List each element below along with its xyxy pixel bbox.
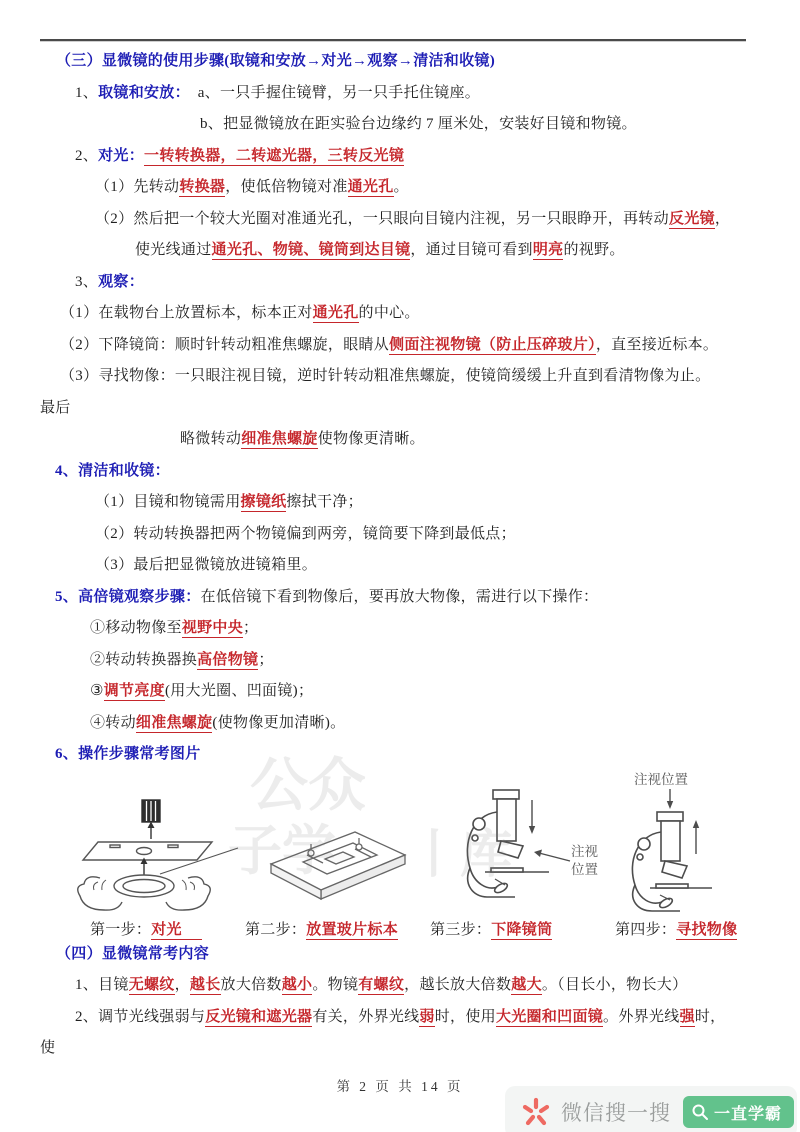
text-segment: 。（目长小，物长大） bbox=[542, 977, 688, 993]
text-segment: 使 bbox=[40, 1040, 55, 1056]
text-segment: 大光圈和凹面镜 bbox=[496, 1009, 603, 1027]
text-segment: 高倍物镜 bbox=[197, 652, 258, 670]
text-segment: 无螺纹 bbox=[129, 977, 175, 995]
text-segment: 。物镜 bbox=[312, 977, 358, 993]
document-page: （三）显微镜的使用步骤(取镜和安放→对光→观察→清洁和收镜)1、取镜和安放： a… bbox=[0, 0, 800, 1132]
text-segment: 使物像更清晰。 bbox=[318, 431, 425, 447]
text-segment: （1）在载物台上放置标本，标本正对 bbox=[60, 305, 313, 321]
text-segment: ④转动 bbox=[90, 715, 136, 731]
caption-answer: 对光 bbox=[151, 922, 202, 940]
text-segment: （三）显微镜的使用步骤(取镜和安放→对光→观察→清洁和收镜) bbox=[56, 53, 495, 69]
doc-line: ③调节亮度(用大光圈、凹面镜)； bbox=[40, 681, 760, 701]
header-rule bbox=[40, 39, 746, 42]
doc-line: （2）下降镜筒：顺时针转动粗准焦螺旋，眼睛从侧面注视物镜（防止压碎玻片），直至接… bbox=[40, 335, 760, 355]
text-segment: ， bbox=[715, 211, 730, 227]
figure-mirror-light bbox=[70, 798, 245, 916]
text-segment: 时， bbox=[695, 1009, 726, 1025]
text-segment: b、把显微镜放在距实验台边缘约 7 厘米处，安装好目镜和物镜。 bbox=[200, 116, 637, 132]
figure-lower-tube: 注视 位置 bbox=[435, 784, 600, 914]
text-segment: 调节亮度 bbox=[104, 683, 165, 701]
text-segment: （2）下降镜筒：顺时针转动粗准焦螺旋，眼睛从 bbox=[60, 337, 389, 353]
text-segment: 。外界光线 bbox=[603, 1009, 680, 1025]
text-segment: 弱 bbox=[419, 1009, 434, 1027]
text-segment: 最后 bbox=[40, 400, 71, 416]
text-segment: 4、清洁和收镜： bbox=[55, 463, 170, 479]
document-content: （三）显微镜的使用步骤(取镜和安放→对光→观察→清洁和收镜)1、取镜和安放： a… bbox=[40, 51, 760, 1070]
text-segment: 细准焦螺旋 bbox=[136, 715, 213, 733]
figure-caption: 第三步：下降镜筒 bbox=[430, 918, 552, 939]
text-segment: ； bbox=[258, 652, 273, 668]
text-segment: （2）然后把一个较大光圈对准通光孔，一只眼向目镜内注视，另一只眼睁开，再转动 bbox=[95, 211, 669, 227]
doc-line: 4、清洁和收镜： bbox=[40, 461, 760, 481]
text-segment: 时，使用 bbox=[435, 1009, 496, 1025]
gaze-position-label-line2: 位置 bbox=[571, 862, 598, 877]
search-badge-button[interactable]: 一直学霸 bbox=[683, 1096, 794, 1128]
caption-prefix: 第一步： bbox=[90, 922, 151, 938]
doc-line: 6、操作步骤常考图片 bbox=[40, 744, 760, 764]
doc-line: （3）寻找物像：一只眼注视目镜，逆时针转动粗准焦螺旋，使镜筒缓缓上升直到看清物像… bbox=[40, 366, 760, 386]
text-segment: 3、 bbox=[75, 274, 98, 290]
doc-line: 使光线通过通光孔、物镜、镜筒到达目镜，通过目镜可看到明亮的视野。 bbox=[40, 240, 760, 260]
text-segment: ，直至接近标本。 bbox=[596, 337, 718, 353]
text-segment: 通光孔、物镜、镜筒到达目镜 bbox=[212, 242, 411, 260]
text-segment: 擦拭干净； bbox=[286, 494, 363, 510]
document-lines: （三）显微镜的使用步骤(取镜和安放→对光→观察→清洁和收镜)1、取镜和安放： a… bbox=[40, 51, 760, 764]
text-segment: 越大 bbox=[511, 977, 542, 995]
text-segment: ， bbox=[175, 977, 190, 993]
sparkle-icon bbox=[521, 1097, 551, 1127]
text-segment: ，通过目镜可看到 bbox=[410, 242, 532, 258]
doc-line: 使 bbox=[40, 1038, 760, 1058]
text-segment: 视野中央 bbox=[182, 620, 243, 638]
text-segment: 略微转动 bbox=[180, 431, 241, 447]
doc-line: 略微转动细准焦螺旋使物像更清晰。 bbox=[40, 429, 760, 449]
doc-line: 5、高倍镜观察步骤：在低倍镜下看到物像后，要再放大物像，需进行以下操作： bbox=[40, 587, 760, 607]
figure-caption: 第二步：放置玻片标本 bbox=[245, 918, 398, 939]
text-segment: 反光镜和遮光器 bbox=[205, 1009, 312, 1027]
text-segment: （四）显微镜常考内容 bbox=[56, 946, 209, 962]
wechat-search-text: 微信搜一搜 bbox=[561, 1097, 671, 1127]
text-segment: 2、调节光线强弱与 bbox=[75, 1009, 205, 1025]
text-segment: 6、操作步骤常考图片 bbox=[55, 746, 201, 762]
doc-line: （2）然后把一个较大光圈对准通光孔，一只眼向目镜内注视，另一只眼睁开，再转动反光… bbox=[40, 209, 760, 229]
text-segment: 1、目镜 bbox=[75, 977, 129, 993]
text-segment: 明亮 bbox=[533, 242, 564, 260]
doc-line: 最后 bbox=[40, 398, 760, 418]
microscope-up-icon: 注视位置 bbox=[600, 770, 750, 916]
doc-line: 1、目镜无螺纹，越长放大倍数越小。物镜有螺纹，越长放大倍数越大。（目长小，物长大… bbox=[40, 975, 760, 995]
text-segment: 的视野。 bbox=[563, 242, 624, 258]
doc-line: ④转动细准焦螺旋(使物像更加清晰)。 bbox=[40, 713, 760, 733]
doc-line: （2）转动转换器把两个物镜偏到两旁，镜筒要下降到最低点； bbox=[40, 524, 760, 544]
gaze-position-label-line1: 注视 bbox=[571, 844, 599, 859]
figure-row: 注视 位置 注视位置 bbox=[40, 776, 760, 914]
doc-line: （3）最后把显微镜放进镜箱里。 bbox=[40, 555, 760, 575]
text-segment: （1）目镜和物镜需用 bbox=[95, 494, 241, 510]
doc-line: 1、取镜和安放： a、一只手握住镜臂，另一只手托住镜座。 bbox=[40, 83, 760, 103]
doc-line: 3、观察： bbox=[40, 272, 760, 292]
gaze-position-label-top: 注视位置 bbox=[634, 772, 688, 787]
text-segment: 有螺纹 bbox=[358, 977, 404, 995]
doc-line: ②转动转换器换高倍物镜； bbox=[40, 650, 760, 670]
mirror-light-icon bbox=[70, 798, 245, 916]
doc-line: b、把显微镜放在距实验台边缘约 7 厘米处，安装好目镜和物镜。 bbox=[40, 114, 760, 134]
doc-line: ①移动物像至视野中央； bbox=[40, 618, 760, 638]
text-segment: 。 bbox=[394, 179, 409, 195]
figure-captions: 第一步：对光第二步：放置玻片标本第三步：下降镜筒第四步：寻找物像 bbox=[40, 918, 760, 944]
caption-answer: 放置玻片标本 bbox=[306, 922, 398, 940]
text-segment: 对光： bbox=[98, 148, 144, 164]
text-segment: 取镜和安放： bbox=[98, 85, 182, 101]
doc-line: 2、调节光线强弱与反光镜和遮光器有关，外界光线弱时，使用大光圈和凹面镜。外界光线… bbox=[40, 1007, 760, 1027]
figure-caption: 第一步：对光 bbox=[90, 918, 202, 939]
text-segment: 通光孔 bbox=[348, 179, 394, 197]
doc-line: （1）在载物台上放置标本，标本正对通光孔的中心。 bbox=[40, 303, 760, 323]
text-segment: ①移动物像至 bbox=[90, 620, 182, 636]
slide-stage-icon bbox=[255, 822, 415, 910]
text-segment: (使物像更加清晰)。 bbox=[212, 715, 345, 731]
wechat-search-widget: 微信搜一搜 一直学霸 bbox=[505, 1086, 797, 1132]
doc-line: （1）先转动转换器，使低倍物镜对准通光孔。 bbox=[40, 177, 760, 197]
text-segment: ③ bbox=[90, 683, 104, 699]
text-segment: a、一只手握住镜臂，另一只手托住镜座。 bbox=[182, 85, 480, 101]
text-segment: 反光镜 bbox=[669, 211, 715, 229]
text-segment: ，使低倍物镜对准 bbox=[225, 179, 347, 195]
text-segment: (用大光圈、凹面镜)； bbox=[165, 683, 313, 699]
text-segment: 5、高倍镜观察步骤： bbox=[55, 589, 201, 605]
text-segment: ，越长放大倍数 bbox=[404, 977, 511, 993]
text-segment: 观察： bbox=[98, 274, 144, 290]
text-segment: 转换器 bbox=[179, 179, 225, 197]
doc-line: （四）显微镜常考内容 bbox=[40, 944, 760, 964]
text-segment: 强 bbox=[680, 1009, 695, 1027]
text-segment: （2）转动转换器把两个物镜偏到两旁，镜筒要下降到最低点； bbox=[95, 526, 516, 542]
text-segment: 越长 bbox=[190, 977, 221, 995]
text-segment: 擦镜纸 bbox=[241, 494, 287, 512]
text-segment: ②转动转换器换 bbox=[90, 652, 197, 668]
text-segment: 在低倍镜下看到物像后，要再放大物像，需进行以下操作： bbox=[201, 589, 599, 605]
caption-prefix: 第三步： bbox=[430, 922, 491, 938]
text-segment: 的中心。 bbox=[359, 305, 420, 321]
text-segment: 一转转换器，二转遮光器，三转反光镜 bbox=[144, 148, 404, 166]
text-segment: （1）先转动 bbox=[95, 179, 179, 195]
figure-raise-tube: 注视位置 bbox=[600, 770, 750, 916]
doc-line: （1）目镜和物镜需用擦镜纸擦拭干净； bbox=[40, 492, 760, 512]
magnifier-icon bbox=[691, 1103, 709, 1121]
text-segment: 放大倍数 bbox=[221, 977, 282, 993]
microscope-down-icon: 注视 位置 bbox=[435, 784, 600, 914]
text-segment: 通光孔 bbox=[313, 305, 359, 323]
caption-prefix: 第四步： bbox=[615, 922, 676, 938]
text-segment: 细准焦螺旋 bbox=[241, 431, 318, 449]
figure-caption: 第四步：寻找物像 bbox=[615, 918, 737, 939]
text-segment: 侧面注视物镜（防止压碎玻片） bbox=[389, 337, 596, 355]
caption-answer: 寻找物像 bbox=[676, 922, 737, 940]
text-segment: 有关，外界光线 bbox=[312, 1009, 419, 1025]
figure-slide-stage bbox=[255, 822, 415, 910]
doc-line: 2、对光：一转转换器，二转遮光器，三转反光镜 bbox=[40, 146, 760, 166]
text-segment: 越小 bbox=[282, 977, 313, 995]
badge-label: 一直学霸 bbox=[714, 1101, 782, 1124]
text-segment: 使光线通过 bbox=[135, 242, 212, 258]
text-segment: （3）最后把显微镜放进镜箱里。 bbox=[95, 557, 317, 573]
caption-answer: 下降镜筒 bbox=[491, 922, 552, 940]
text-segment: 1、 bbox=[75, 85, 98, 101]
doc-line: （三）显微镜的使用步骤(取镜和安放→对光→观察→清洁和收镜) bbox=[40, 51, 760, 71]
text-segment: （3）寻找物像：一只眼注视目镜，逆时针转动粗准焦螺旋，使镜筒缓缓上升直到看清物像… bbox=[60, 368, 710, 384]
document-lines-2: （四）显微镜常考内容1、目镜无螺纹，越长放大倍数越小。物镜有螺纹，越长放大倍数越… bbox=[40, 944, 760, 1059]
text-segment: ； bbox=[243, 620, 258, 636]
text-segment: 2、 bbox=[75, 148, 98, 164]
caption-prefix: 第二步： bbox=[245, 922, 306, 938]
